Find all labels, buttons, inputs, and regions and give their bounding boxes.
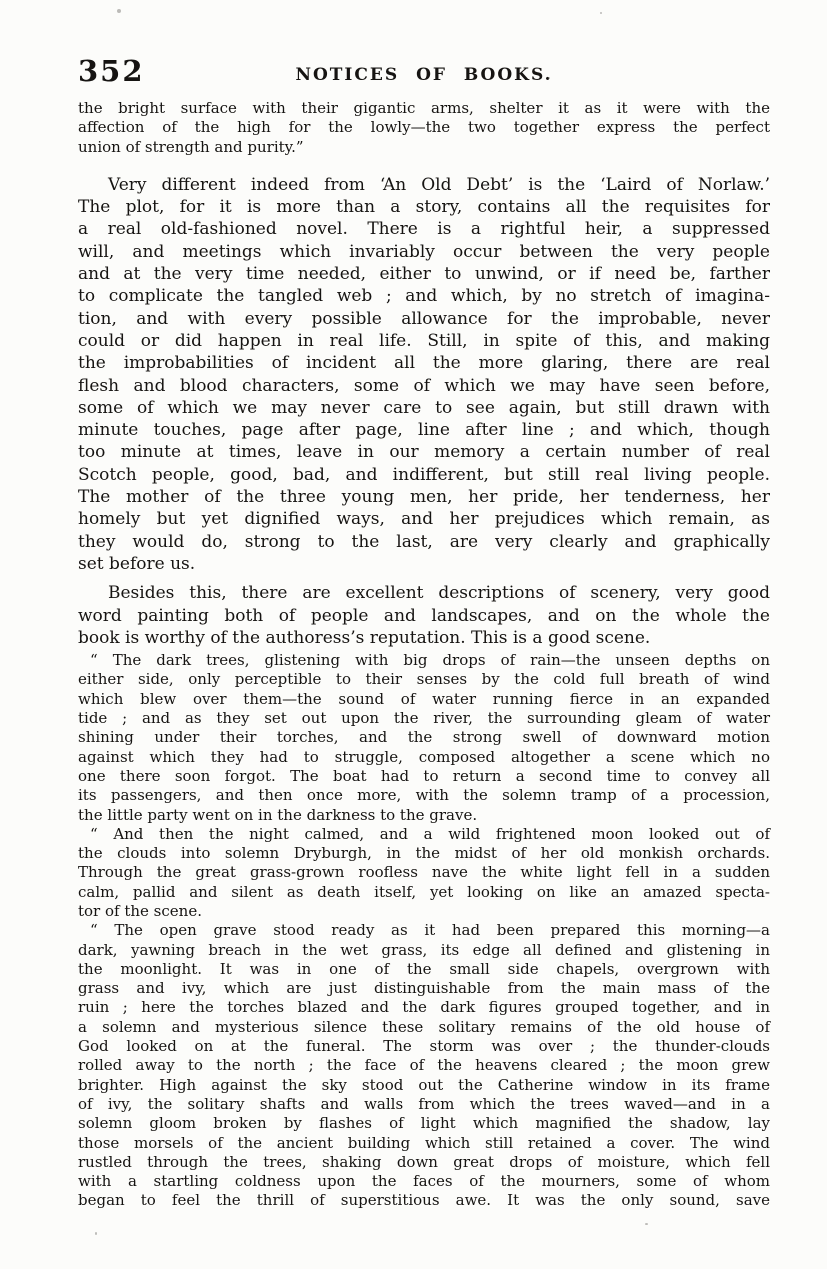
text-line: either side, only perceptible to their s… xyxy=(78,670,770,689)
text-line: and at the very time needed, either to u… xyxy=(78,263,770,285)
text-line: set before us. xyxy=(78,553,770,575)
text-line: Through the great grass-grown roofless n… xyxy=(78,863,770,882)
text-line: could or did happen in real life. Still,… xyxy=(78,330,770,352)
text-line: homely but yet dignified ways, and her p… xyxy=(78,508,770,530)
text-line: Scotch people, good, bad, and indifferen… xyxy=(78,464,770,486)
book-page: 352 NOTICES OF BOOKS. the bright surface… xyxy=(0,0,827,1269)
scan-speck xyxy=(645,1223,648,1225)
text-line: which blew over them—the sound of water … xyxy=(78,690,770,709)
page-header: 352 NOTICES OF BOOKS. xyxy=(78,52,770,86)
text-line: solemn gloom broken by flashes of light … xyxy=(78,1114,770,1133)
text-line: its passengers, and then once more, with… xyxy=(78,786,770,805)
text-line: some of which we may never care to see a… xyxy=(78,397,770,419)
text-line: rolled away to the north ; the face of t… xyxy=(78,1056,770,1075)
text-line: those morsels of the ancient building wh… xyxy=(78,1134,770,1153)
text-line: they would do, strong to the last, are v… xyxy=(78,531,770,553)
paragraph-review-scenery: Besides this, there are excellent descri… xyxy=(78,582,770,649)
running-header: NOTICES OF BOOKS. xyxy=(78,67,770,84)
paragraph-review-laird-of-norlaw: Very different indeed from ‘An Old Debt’… xyxy=(78,174,770,575)
text-line: tion, and with every possible allowance … xyxy=(78,308,770,330)
text-line: of ivy, the solitary shafts and walls fr… xyxy=(78,1095,770,1114)
text-line: Besides this, there are excellent descri… xyxy=(78,582,770,604)
text-line: calm, pallid and silent as death itself,… xyxy=(78,883,770,902)
text-line: word painting both of people and landsca… xyxy=(78,605,770,627)
text-line: the bright surface with their gigantic a… xyxy=(78,99,770,118)
text-line: one there soon forgot. The boat had to r… xyxy=(78,767,770,786)
text-line: Very different indeed from ‘An Old Debt’… xyxy=(78,174,770,196)
text-line: The plot, for it is more than a story, c… xyxy=(78,196,770,218)
text-line: with a startling coldness upon the faces… xyxy=(78,1172,770,1191)
text-line: grass and ivy, which are just distinguis… xyxy=(78,979,770,998)
paragraph-quote-night-calmed: “ And then the night calmed, and a wild … xyxy=(78,825,770,921)
text-line: a real old-fashioned novel. There is a r… xyxy=(78,218,770,240)
text-line: brighter. High against the sky stood out… xyxy=(78,1076,770,1095)
text-line: book is worthy of the authoress’s reputa… xyxy=(78,627,770,649)
paragraph-quote-dark-trees: “ The dark trees, glistening with big dr… xyxy=(78,651,770,825)
scan-speck xyxy=(95,1232,97,1235)
text-line: against which they had to struggle, comp… xyxy=(78,748,770,767)
text-line: shining under their torches, and the str… xyxy=(78,728,770,747)
text-line: ruin ; here the torches blazed and the d… xyxy=(78,998,770,1017)
text-line: will, and meetings which invariably occu… xyxy=(78,241,770,263)
paragraph-continuation-quote: the bright surface with their gigantic a… xyxy=(78,99,770,157)
text-line: affection of the high for the lowly—the … xyxy=(78,118,770,137)
text-line: dark, yawning breach in the wet grass, i… xyxy=(78,941,770,960)
scan-speck xyxy=(600,12,602,14)
text-line: the moonlight. It was in one of the smal… xyxy=(78,960,770,979)
text-line: union of strength and purity.” xyxy=(78,138,770,157)
text-line: the little party went on in the darkness… xyxy=(78,806,770,825)
text-line: too minute at times, leave in our memory… xyxy=(78,441,770,463)
text-line: rustled through the trees, shaking down … xyxy=(78,1153,770,1172)
text-line: “ The open grave stood ready as it had b… xyxy=(78,921,770,940)
scan-speck xyxy=(548,77,550,79)
text-line: the improbabilities of incident all the … xyxy=(78,352,770,374)
text-line: minute touches, page after page, line af… xyxy=(78,419,770,441)
text-line: to complicate the tangled web ; and whic… xyxy=(78,285,770,307)
text-line: flesh and blood characters, some of whic… xyxy=(78,375,770,397)
paragraph-quote-open-grave: “ The open grave stood ready as it had b… xyxy=(78,921,770,1210)
text-line: God looked on at the funeral. The storm … xyxy=(78,1037,770,1056)
text-line: tide ; and as they set out upon the rive… xyxy=(78,709,770,728)
text-line: the clouds into solemn Dryburgh, in the … xyxy=(78,844,770,863)
text-line: tor of the scene. xyxy=(78,902,770,921)
scan-speck xyxy=(117,9,121,13)
text-line: “ And then the night calmed, and a wild … xyxy=(78,825,770,844)
text-line: a solemn and mysterious silence these so… xyxy=(78,1018,770,1037)
text-line: The mother of the three young men, her p… xyxy=(78,486,770,508)
text-line: “ The dark trees, glistening with big dr… xyxy=(78,651,770,670)
text-line: began to feel the thrill of superstitiou… xyxy=(78,1191,770,1210)
